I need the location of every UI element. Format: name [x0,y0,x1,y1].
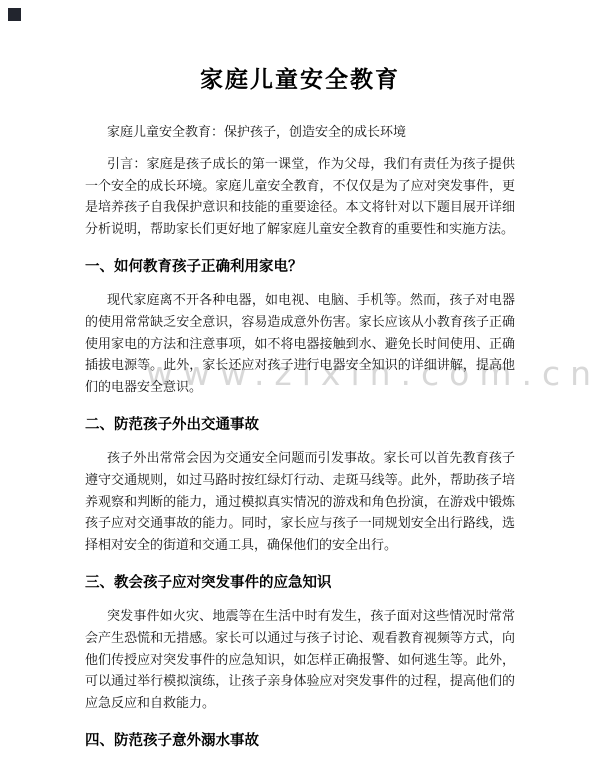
section-3-paragraph: 突发事件如火灾、地震等在生活中时有发生，孩子面对这些情况时常常会产生恐慌和无措感… [85,605,515,714]
corner-marker-square [8,8,21,21]
section-1-paragraph: 现代家庭离不开各种电器，如电视、电脑、手机等。然而，孩子对电器的使用常常缺乏安全… [85,289,515,398]
document-content: 家庭儿童安全教育 家庭儿童安全教育：保护孩子，创造安全的成长环境 引言：家庭是孩… [0,0,600,776]
section-2-paragraph: 孩子外出常常会因为交通安全问题而引发事故。家长可以首先教育孩子遵守交通规则，如过… [85,447,515,556]
document-subtitle: 家庭儿童安全教育：保护孩子，创造安全的成长环境 [85,121,515,143]
section-2-heading: 二、防范孩子外出交通事故 [85,414,515,436]
section-4-heading: 四、防范孩子意外溺水事故 [85,730,515,752]
document-page: www.zixin.com.cn 家庭儿童安全教育 家庭儿童安全教育：保护孩子，… [0,0,600,776]
section-1-heading: 一、如何教育孩子正确利用家电？ [85,256,515,278]
intro-paragraph: 引言：家庭是孩子成长的第一课堂，作为父母，我们有责任为孩子提供一个安全的成长环境… [85,153,515,240]
document-title: 家庭儿童安全教育 [85,64,515,94]
section-3-heading: 三、教会孩子应对突发事件的应急知识 [85,572,515,594]
